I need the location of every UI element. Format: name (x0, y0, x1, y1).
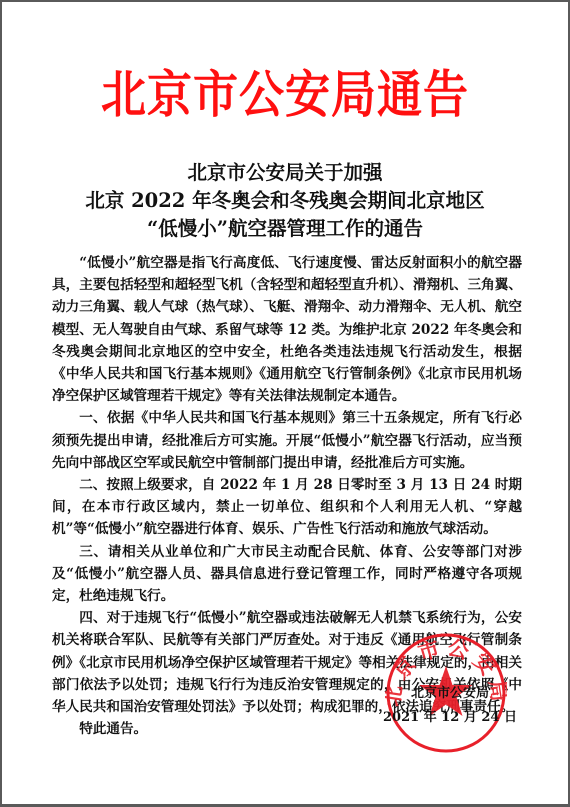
document-page: 北京市公安局通告 北京市公安局关于加强 北京 2022 年冬奥会和冬残奥会期间北… (0, 0, 570, 807)
paragraph-intro: “低慢小”航空器是指飞行高度低、飞行速度慢、雷达反射面积小的航空器具，主要包括轻… (52, 252, 522, 407)
subtitle-line-1: 北京市公安局关于加强 (2, 159, 568, 187)
subtitle-line-2: 北京 2022 年冬奥会和冬残奥会期间北京地区 (2, 187, 568, 215)
paragraph-item-1: 一、依据《中华人民共和国飞行基本规则》第三十五条规定，所有飞行必须预先提出申请，… (52, 407, 522, 474)
paragraph-item-2: 二、按照上级要求，自 2022 年 1 月 28 日零时至 3 月 13 日 2… (52, 474, 522, 541)
document-header-title: 北京市公安局通告 (2, 65, 568, 125)
signature-issuer: 北京市公安局 (382, 682, 518, 706)
signature-date: 2021 年 12 月 24 日 (382, 706, 518, 730)
document-subtitle: 北京市公安局关于加强 北京 2022 年冬奥会和冬残奥会期间北京地区 “低慢小”… (2, 159, 568, 243)
signature-block: 北京市公安局 2021 年 12 月 24 日 (382, 682, 518, 730)
paragraph-item-3: 三、请相关从业单位和广大市民主动配合民航、体育、公安等部门对涉及“低慢小”航空器… (52, 541, 522, 608)
subtitle-line-3: “低慢小”航空器管理工作的通告 (2, 215, 568, 243)
